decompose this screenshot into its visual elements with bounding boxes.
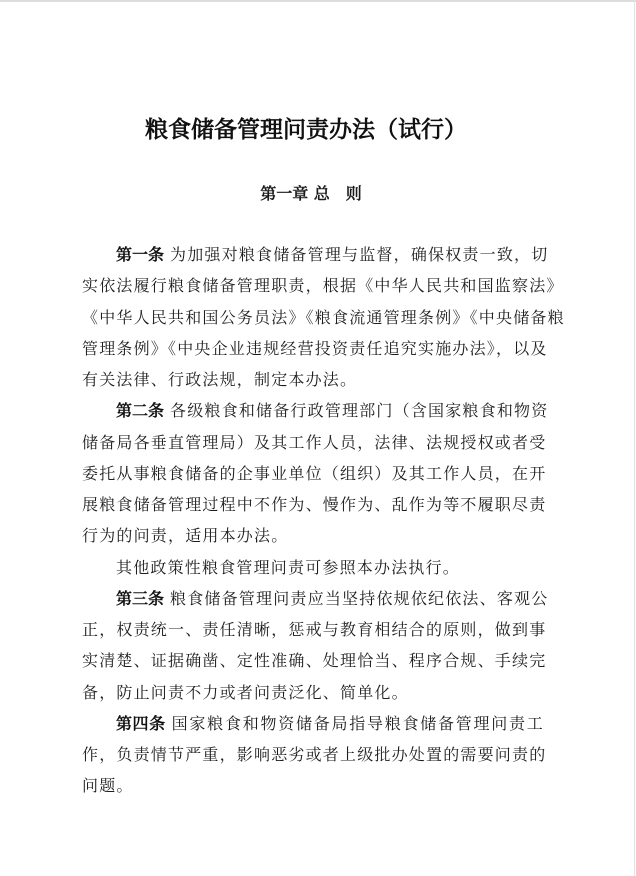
chapter-heading: 第一章 总 则 [0, 182, 622, 206]
article-2-line-1: 第二条各级粮食和储备行政管理部门（含国家粮食和物资 [82, 395, 544, 426]
article-4-line-2: 作，负责情节严重，影响恶劣或者上级批办处置的需要问责的 [82, 739, 544, 770]
article-1-line-4: 管理条例》《中央企业违规经营投资责任追究实施办法》，以及 [82, 333, 544, 364]
article-label: 第二条 [116, 401, 164, 420]
document-body: 第一条为加强对粮食储备管理与监督，确保权责一致，切 实依法履行粮食储备管理职责，… [82, 239, 544, 802]
article-2-line-4: 展粮食储备管理过程中不作为、慢作为、乱作为等不履职尽责 [82, 489, 544, 520]
article-4-line-1: 第四条国家粮食和物资储备局指导粮食储备管理问责工 [82, 708, 544, 739]
text-line: 粮食储备管理问责应当坚持依规依纪依法、客观公 [170, 589, 548, 608]
article-2-line-2: 储备局各垂直管理局）及其工作人员，法律、法规授权或者受 [82, 427, 544, 458]
supplementary-paragraph: 其他政策性粮食管理问责可参照本办法执行。 [82, 552, 544, 583]
article-3-line-3: 实清楚、证据确凿、定性准确、处理恰当、程序合规、手续完 [82, 645, 544, 676]
page-right-border [634, 0, 635, 876]
article-3-line-4: 备，防止问责不力或者问责泛化、简单化。 [82, 677, 544, 708]
article-2-line-3: 委托从事粮食储备的企事业单位（组织）及其工作人员，在开 [82, 458, 544, 489]
article-3-line-1: 第三条粮食储备管理问责应当坚持依规依纪依法、客观公 [82, 583, 544, 614]
article-1-line-2: 实依法履行粮食储备管理职责，根据《中华人民共和国监察法》 [82, 270, 544, 301]
article-3-line-2: 正，权责统一、责任清晰，惩戒与教育相结合的原则，做到事 [82, 614, 544, 645]
text-line: 为加强对粮食储备管理与监督，确保权责一致，切 [170, 245, 548, 264]
article-label: 第四条 [116, 714, 166, 733]
text-line: 国家粮食和物资储备局指导粮食储备管理问责工 [172, 714, 544, 733]
article-1-line-5: 有关法律、行政法规，制定本办法。 [82, 364, 544, 395]
document-title: 粮食储备管理问责办法（试行） [0, 113, 612, 147]
article-1-line-1: 第一条为加强对粮食储备管理与监督，确保权责一致，切 [82, 239, 544, 270]
article-label: 第三条 [116, 589, 164, 608]
article-label: 第一条 [116, 245, 164, 264]
article-2-line-5: 行为的问责，适用本办法。 [82, 520, 544, 551]
article-1-line-3: 《中华人民共和国公务员法》《粮食流通管理条例》《中央储备粮 [82, 302, 544, 333]
page-top-border [0, 0, 636, 2]
text-line: 各级粮食和储备行政管理部门（含国家粮食和物资 [170, 401, 548, 420]
article-4-line-3: 问题。 [82, 770, 544, 801]
